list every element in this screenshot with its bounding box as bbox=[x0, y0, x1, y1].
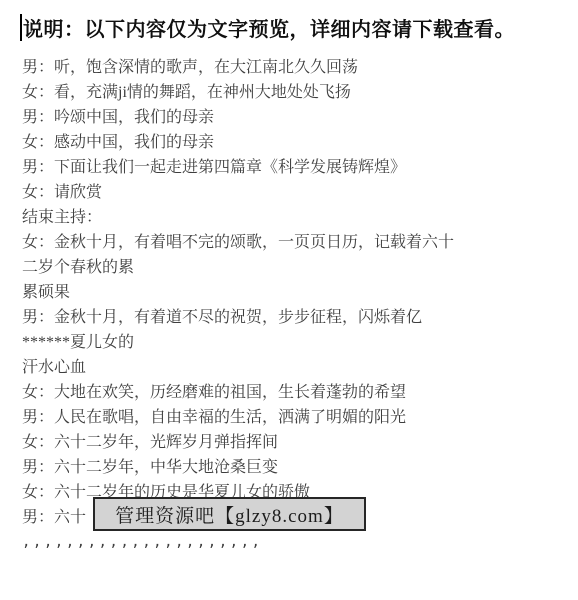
text-cursor-caret bbox=[20, 14, 22, 41]
script-line: 男：金秋十月，有着道不尽的祝贺，步步征程，闪烁着亿 bbox=[22, 305, 562, 330]
script-line: 女：六十二岁年，光辉岁月弹指挥间 bbox=[22, 430, 562, 455]
script-line: 男：下面让我们一起走进第四篇章《科学发展铸辉煌》 bbox=[22, 155, 562, 180]
script-line: 女：请欣赏 bbox=[22, 180, 562, 205]
ellipsis-line: ,,,,,,,,,,,,,,,,,,,,,, bbox=[22, 530, 562, 555]
script-line: 女：看，充满ji情的舞蹈，在神州大地处处飞扬 bbox=[22, 80, 562, 105]
script-lines: 男：听，饱含深情的歌声，在大江南北久久回荡 女：看，充满ji情的舞蹈，在神州大地… bbox=[22, 55, 562, 555]
script-line: 女：大地在欢笑，历经磨难的祖国，生长着蓬勃的希望 bbox=[22, 380, 562, 405]
script-line: 累硕果 bbox=[22, 280, 562, 305]
preview-notice: 说明：以下内容仅为文字预览，详细内容请下载查看。 bbox=[23, 13, 515, 42]
script-line: 男：吟颂中国，我们的母亲 bbox=[22, 105, 562, 130]
watermark-badge: 管理资源吧【glzy8.com】 bbox=[93, 497, 366, 531]
script-line: 女：感动中国，我们的母亲 bbox=[22, 130, 562, 155]
script-line: ******夏儿女的 bbox=[22, 330, 562, 355]
script-line: 结束主持： bbox=[22, 205, 562, 230]
script-line: 男：六十二岁年，中华大地沧桑巨变 bbox=[22, 455, 562, 480]
script-line: 二岁个春秋的累 bbox=[22, 255, 562, 280]
script-line: 男：听，饱含深情的歌声，在大江南北久久回荡 bbox=[22, 55, 562, 80]
script-line: 男：人民在歌唱，自由幸福的生活，洒满了明媚的阳光 bbox=[22, 405, 562, 430]
script-line: 女：金秋十月，有着唱不完的颂歌，一页页日历，记载着六十 bbox=[22, 230, 562, 255]
preview-notice-row: 说明：以下内容仅为文字预览，详细内容请下载查看。 bbox=[20, 13, 515, 42]
script-line: 汗水心血 bbox=[22, 355, 562, 380]
text-preview-page: 说明：以下内容仅为文字预览，详细内容请下载查看。 男：听，饱含深情的歌声，在大江… bbox=[0, 0, 578, 600]
